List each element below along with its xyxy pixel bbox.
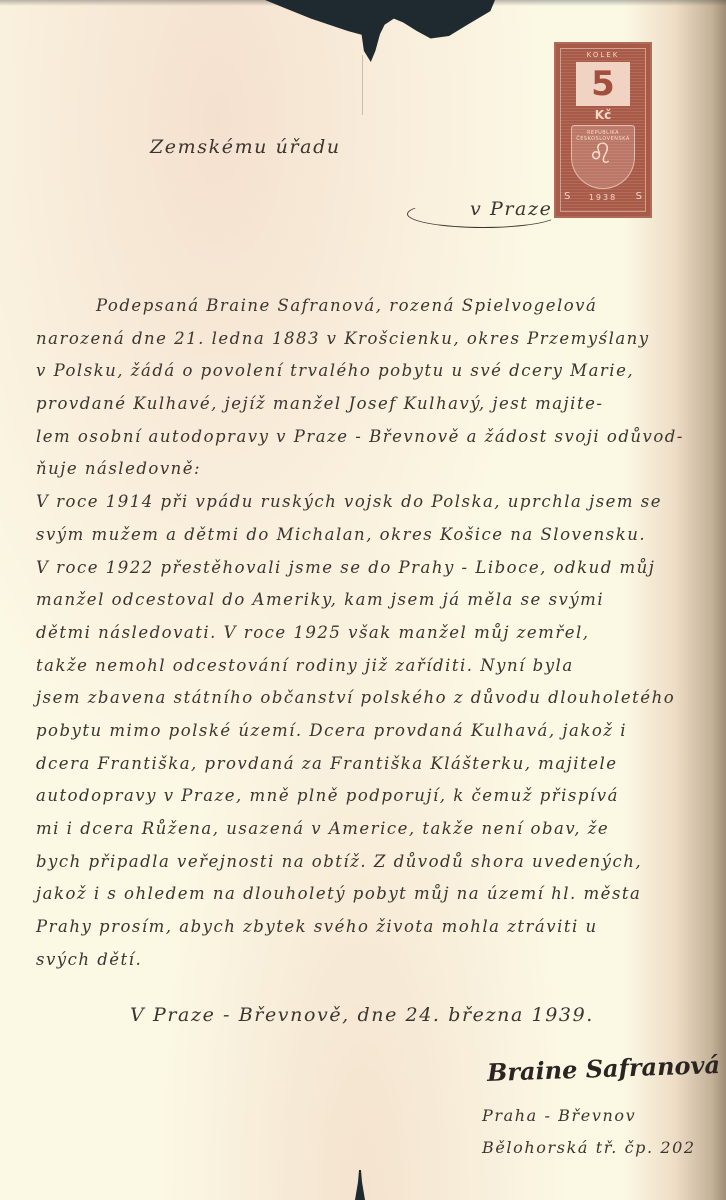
stamp-bottom-row: S 1938 S: [556, 189, 650, 202]
body-line: mi i dcera Růžena, usazená v Americe, ta…: [36, 819, 696, 852]
stamp-shield-emblem: REPUBLIKA ČESKOSLOVENSKÁ ♌: [571, 125, 635, 189]
paper-tear: [265, 0, 495, 62]
sender-address-line-1: Praha - Břevnov: [482, 1106, 636, 1125]
body-line: jakož i s ohledem na dlouholetý pobyt mů…: [36, 884, 696, 917]
body-line: takže nemohl odcestování rodiny již zaří…: [36, 656, 696, 689]
body-line: dcera Františka, provdaná za Františka K…: [36, 754, 696, 787]
signature: Braine Safranová: [487, 1050, 721, 1087]
stamp-year: 1938: [589, 191, 617, 202]
document-page: KOLEK 5 Kč REPUBLIKA ČESKOSLOVENSKÁ ♌ S …: [0, 0, 726, 1200]
paper-fold-line: [362, 55, 363, 115]
addressee-location: v Praze: [470, 198, 552, 220]
body-line: lem osobní autodopravy v Praze - Břevnov…: [36, 427, 696, 460]
stamp-corner-left: S: [564, 191, 570, 202]
addressee: Zemskému úřadu: [150, 136, 341, 158]
body-line: bych připadla veřejnosti na obtíž. Z dův…: [36, 852, 696, 885]
sender-address-line-2: Bělohorská tř. čp. 202: [482, 1138, 696, 1157]
body-line: narozená dne 21. ledna 1883 v Krošcienku…: [36, 329, 696, 362]
body-line: pobytu mimo polské území. Dcera provdaná…: [36, 721, 696, 754]
body-line: Podepsaná Braine Safranová, rozená Spiel…: [36, 296, 696, 329]
body-line: svým mužem a dětmi do Michalan, okres Ko…: [36, 525, 696, 558]
body-line: autodopravy v Praze, mně plně podporují,…: [36, 786, 696, 819]
lion-emblem-icon: ♌: [588, 140, 613, 168]
body-line: manžel odcestoval do Ameriky, kam jsem j…: [36, 590, 696, 623]
body-line: dětmi následovati. V roce 1925 však manž…: [36, 623, 696, 656]
body-line: svých dětí.: [36, 950, 696, 983]
body-line: provdané Kulhavé, jejíž manžel Josef Kul…: [36, 394, 696, 427]
place-and-date: V Praze - Břevnově, dne 24. března 1939.: [130, 1004, 594, 1026]
body-line: V roce 1922 přestěhovali jsme se do Prah…: [36, 558, 696, 591]
letter-body: Podepsaná Braine Safranová, rozená Spiel…: [36, 296, 696, 982]
stamp-value: 5: [576, 62, 630, 106]
body-line: ňuje následovně:: [36, 459, 696, 492]
stamp-top-label: KOLEK: [556, 44, 650, 59]
body-line: v Polsku, žádá o povolení trvalého pobyt…: [36, 361, 696, 394]
stamp-currency: Kč: [556, 108, 650, 122]
stamp-corner-right: S: [636, 191, 642, 202]
body-line: V roce 1914 při vpádu ruských vojsk do P…: [36, 492, 696, 525]
paper-bottom-tear: [355, 1170, 365, 1200]
body-line: Prahy prosím, abych zbytek svého života …: [36, 917, 696, 950]
body-line: jsem zbavena státního občanství polského…: [36, 688, 696, 721]
revenue-stamp: KOLEK 5 Kč REPUBLIKA ČESKOSLOVENSKÁ ♌ S …: [556, 44, 650, 216]
